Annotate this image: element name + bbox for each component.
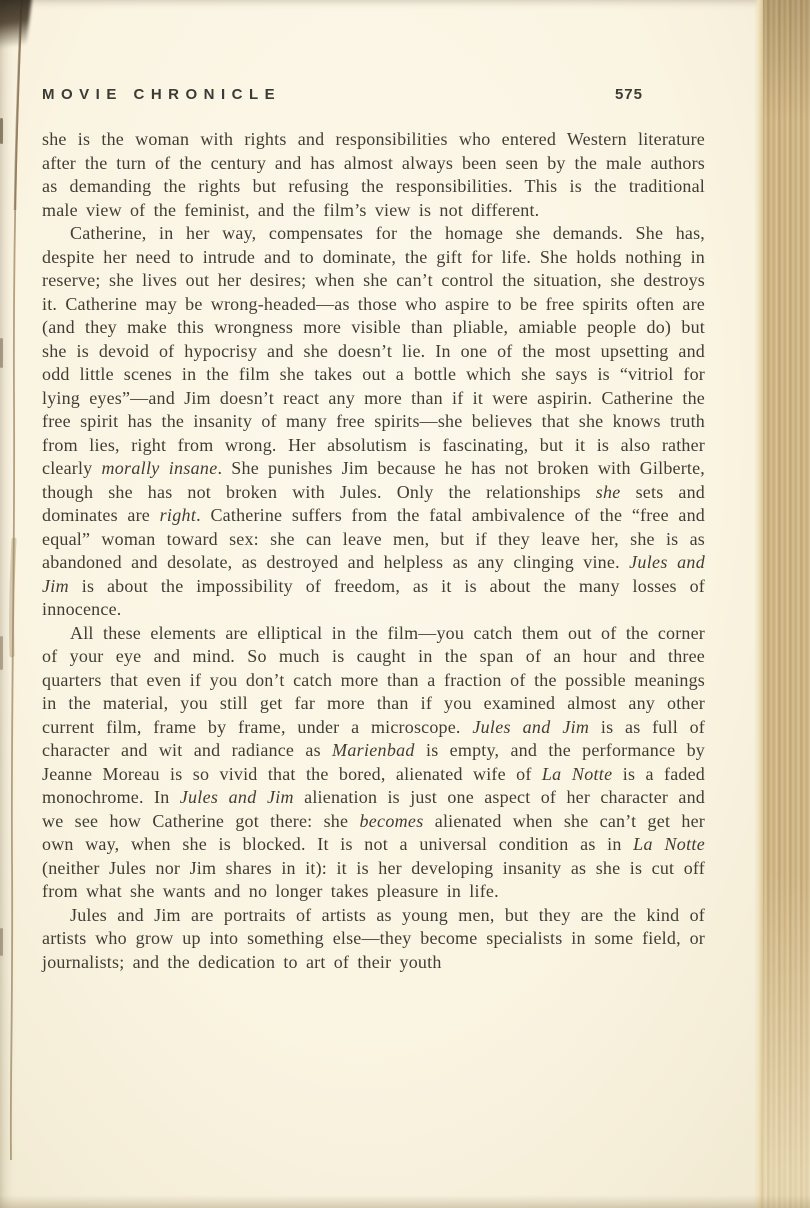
italic-segment: Jules and Jim	[472, 717, 589, 737]
running-head-title: MOVIE CHRONICLE	[42, 86, 281, 103]
text-segment: Catherine, in her way, compensates for t…	[42, 223, 705, 478]
italic-segment: Jules and Jim	[180, 787, 294, 807]
body-text: she is the woman with rights and respons…	[42, 128, 705, 974]
gutter-crease	[0, 0, 34, 1208]
edge-tick	[0, 118, 3, 144]
page-number: 575	[615, 86, 643, 103]
edge-tick	[0, 928, 3, 956]
printed-content: MOVIE CHRONICLE 575 she is the woman wit…	[42, 86, 705, 974]
text-segment: she is the woman with rights and respons…	[42, 129, 705, 220]
italic-segment: La Notte	[633, 834, 705, 854]
fore-edge-highlight	[754, 0, 763, 1208]
edge-tick	[0, 338, 3, 368]
book-fore-edge	[763, 0, 810, 1208]
running-head: MOVIE CHRONICLE 575	[42, 86, 705, 103]
text-segment: is about the impossibility of freedom, a…	[42, 576, 705, 620]
paragraph-2: Catherine, in her way, compensates for t…	[42, 222, 705, 622]
text-segment: (neither Jules nor Jim shares in it): it…	[42, 858, 705, 902]
italic-segment: La Notte	[542, 764, 613, 784]
italic-segment: morally insane	[101, 458, 217, 478]
italic-segment: she	[596, 482, 621, 502]
book-page: MOVIE CHRONICLE 575 she is the woman wit…	[0, 0, 810, 1208]
edge-tick	[0, 636, 3, 670]
paragraph-3: All these elements are elliptical in the…	[42, 622, 705, 904]
italic-segment: right	[160, 505, 197, 525]
italic-segment: becomes	[359, 811, 423, 831]
text-segment: Jules and Jim are portraits of artists a…	[42, 905, 705, 972]
paragraph-1: she is the woman with rights and respons…	[42, 128, 705, 222]
bottom-page-shadow	[0, 1195, 810, 1208]
italic-segment: Marienbad	[332, 740, 415, 760]
paragraph-4: Jules and Jim are portraits of artists a…	[42, 904, 705, 975]
